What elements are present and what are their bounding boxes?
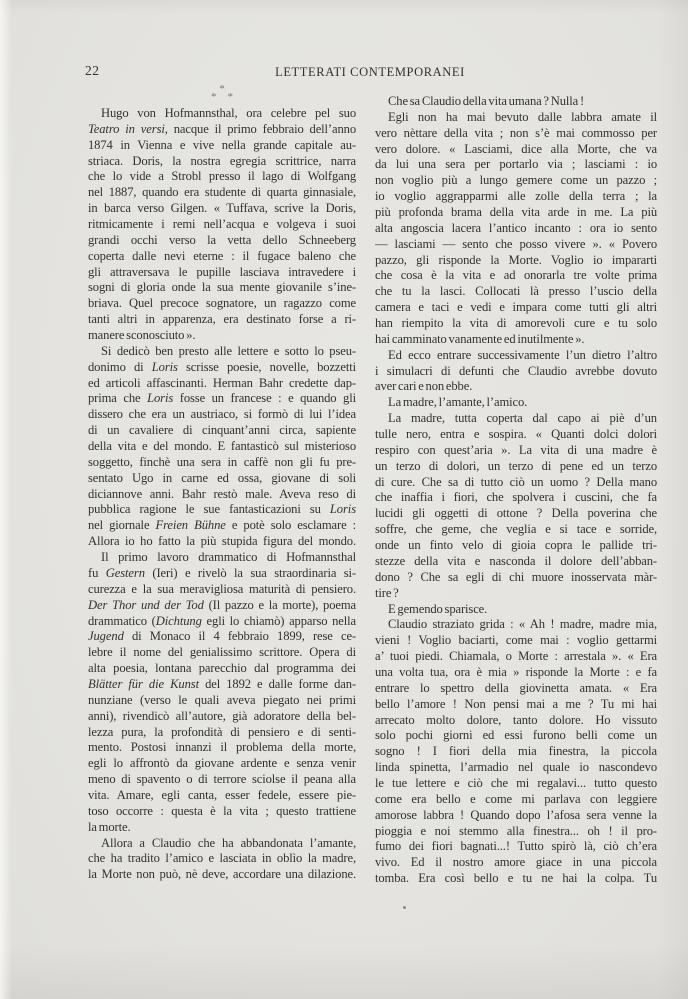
text-line: Jugend di Monaco il 4 febbraio 1899, res… [88, 629, 356, 645]
text-line: che tu la lasci. Collocati là presso l’u… [375, 284, 657, 300]
text-line: io voglio aggrapparmi alle zolle della t… [375, 189, 657, 205]
text-line: vita. Amare, egli canta, esser fedele, e… [88, 788, 356, 804]
text-line: toso occorre : questa è la vita ; questo… [88, 804, 356, 820]
text-line: come era bello e come mi parlava con leg… [375, 792, 657, 808]
text-line: sogni di gloria onde la sua mente giovan… [88, 280, 356, 296]
text-line: di cure. Che sa di tutto ciò un uomo ? D… [375, 475, 657, 491]
asterism-bottom: * * [88, 93, 356, 101]
asterism-divider-icon: * * * [88, 85, 356, 101]
text-line: fumo dei fiori bagnati...! Tutto spirò l… [375, 839, 657, 855]
text-line: soggetto, finchè una sera in caffè non g… [88, 455, 356, 471]
text-line: linda spinetta, l’armadio nel quale io n… [375, 760, 657, 776]
text-line: Der Thor und der Tod (Il pazzo e la mort… [88, 598, 356, 614]
text-line: i simulacri di defunti che Claudio avreb… [375, 364, 657, 380]
text-line: da lui una sera per portarlo via ; lasci… [375, 157, 657, 173]
text-line: lezza pura, la profondità di pensiero e … [88, 725, 356, 741]
text-line: drammatico (Dichtung egli lo chiamò) app… [88, 614, 356, 630]
text-line: tanti altri in apparenza, era destinato … [88, 312, 356, 328]
text-line: alta angoscia lacera l’antico incanto : … [375, 221, 657, 237]
text-line: 1874 in Vienna e vive nella grande capit… [88, 138, 356, 154]
text-line: di un cavaliere di cinquant’anni circa, … [88, 423, 356, 439]
text-line: Teatro in versi, nacque il primo febbrai… [88, 122, 356, 138]
text-line: che ha tradito l’amico e lasciata in obl… [88, 851, 356, 867]
text-line: solo pochi giorni ed essi furono belli c… [375, 728, 657, 744]
text-line: — lasciami — sento che posso vivere ». «… [375, 237, 657, 253]
text-line: che lo vide a Strobl presso il lago di W… [88, 169, 356, 185]
text-line: amorose labbra ! Quando dopo l’afosa ser… [375, 808, 657, 824]
text-line: la morte. [88, 820, 356, 836]
page-number: 22 [85, 64, 100, 78]
text-line: pazzo, gli risponde la Morte. Voglio io … [375, 253, 657, 269]
text-line: che cosa è la vita e ad onorarla tre vol… [375, 268, 657, 284]
text-line: della vita e del mondo. E fantasticò sul… [88, 439, 356, 455]
text-line: nel 1887, quando era studente di quarta … [88, 185, 356, 201]
text-line: pubblica ragione le sue fantasticazioni … [88, 502, 356, 518]
text-column-right: Che sa Claudio della vita umana ? Nulla … [375, 94, 657, 887]
text-line: sentato Ugo in carne ed ossa, giovane di… [88, 471, 356, 487]
text-line: più profonda brama della vita arde in me… [375, 205, 657, 221]
text-line: curezza e la sua meravigliosa maturità d… [88, 582, 356, 598]
text-line: alta poesia, lontana parecchio dal progr… [88, 661, 356, 677]
text-line: Che sa Claudio della vita umana ? Nulla … [375, 94, 657, 110]
text-line: le tue lettere e ciò che mi regalavi... … [375, 776, 657, 792]
text-line: tulle nero, entra e sospira. « Quanti do… [375, 427, 657, 443]
text-line: gli attraversava le pupille lasciava int… [88, 265, 356, 281]
text-line: donimo di Loris scrisse poesie, novelle,… [88, 360, 356, 376]
text-line: nunziane (verso le quali aveva piegato n… [88, 693, 356, 709]
text-line: Si dedicò ben presto alle lettere e sott… [88, 344, 356, 360]
text-line: che inaffia i fiori, che spolvera i cusc… [375, 490, 657, 506]
text-line: vieni ! Voglio baciarti, come mai : vogl… [375, 633, 657, 649]
text-line: Ed ecco entrare successivamente l’un die… [375, 348, 657, 364]
text-line: Claudio straziato grida : « Ah ! madre, … [375, 617, 657, 633]
text-line: hai camminato vanamente ed inutilmente »… [375, 332, 657, 348]
text-line: onde un finto velo di gioia copra le pal… [375, 538, 657, 554]
scan-speck [403, 906, 406, 909]
text-line: tire ? [375, 586, 657, 602]
text-line: camera e taci e vedi e impara come tutti… [375, 300, 657, 316]
text-line: bello l’amore ! Non pensi mai a me ? Tu … [375, 697, 657, 713]
book-page: 22 LETTERATI CONTEMPORANEI * * * Hugo vo… [0, 0, 688, 999]
text-line: Allora a Claudio che ha abbandonata l’am… [88, 836, 356, 852]
text-line: lucidi gli oggetti di ottone ? Della pov… [375, 506, 657, 522]
text-line: striaca. Doris, la nostra egregia scritt… [88, 154, 356, 170]
text-line: tomba. Era così bello e tu ne hai la col… [375, 871, 657, 887]
text-line: stezze della vita e nasconda il dolore d… [375, 554, 657, 570]
text-column-left: Hugo von Hofmannsthal, ora celebre pel s… [88, 106, 356, 883]
text-line: ritmicamente i remi nell’acqua e volgeva… [88, 217, 356, 233]
text-line: soffre, che geme, che veglia e si tace e… [375, 522, 657, 538]
text-line: pioggia e noi stemmo alla finestra... oh… [375, 824, 657, 840]
text-line: coperta dalle nevi eterne : il fugace ba… [88, 249, 356, 265]
text-line: lebre il nome del genialissimo scrittore… [88, 645, 356, 661]
text-line: grandi occhi verso la vetta dello Schnee… [88, 233, 356, 249]
text-line: dono ? Che sa egli di chi muore inosserv… [375, 570, 657, 586]
text-line: a’ tuoi piedi. Chiamala, o Morte : arres… [375, 649, 657, 665]
text-line: Allora io ho fatto la più stupida figura… [88, 534, 356, 550]
text-line: E gemendo sparisce. [375, 602, 657, 618]
text-line: meno di spavento o di terrore sciolse il… [88, 772, 356, 788]
text-line: manere sconosciuto ». [88, 328, 356, 344]
text-line: vero dolore. « Lasciami, dice alla Morte… [375, 142, 657, 158]
text-line: Il primo lavoro drammatico di Hofmannsth… [88, 550, 356, 566]
text-line: egli lo affrontò da giovane ardente e se… [88, 756, 356, 772]
text-line: sogno ! I fiori della mia finestra, la p… [375, 744, 657, 760]
text-line: La madre, tutta coperta dal capo ai piè … [375, 411, 657, 427]
text-line: briava. Quel precoce sognatore, un ragaz… [88, 296, 356, 312]
text-line: non voglio più a lungo gemere come un pa… [375, 173, 657, 189]
text-line: vivo. Ed il nostro amore giace in una pi… [375, 855, 657, 871]
running-head: LETTERATI CONTEMPORANEI [275, 65, 465, 79]
text-line: han riempito la vita di amorevoli cure e… [375, 316, 657, 332]
text-line: prima che Loris fosse un francese : e qu… [88, 391, 356, 407]
text-line: respiro con quest’aria ». La vita di una… [375, 443, 657, 459]
text-line: nel giornale Freien Bühne e potè solo es… [88, 518, 356, 534]
text-line: fu Gestern (Ieri) e rivelò la sua straor… [88, 566, 356, 582]
text-line: La madre, l’amante, l’amico. [375, 395, 657, 411]
text-line: una volta tua, ora è mia » risponde la M… [375, 665, 657, 681]
text-line: dissero che era un austriaco, si formò d… [88, 407, 356, 423]
text-line: Hugo von Hofmannsthal, ora celebre pel s… [88, 106, 356, 122]
text-line: in barca verso Gilgen. « Tuffava, scrive… [88, 201, 356, 217]
text-line: diciannove anni. Bahr restò male. Aveva … [88, 487, 356, 503]
text-line: mento. Postosi innanzi il problema della… [88, 740, 356, 756]
text-line: arrecato molto dolore, tanto dolore. Ho … [375, 713, 657, 729]
text-line: anni), rivendicò all’autore, già adorato… [88, 709, 356, 725]
text-line: Egli non ha mai bevuto dalle labbra amat… [375, 110, 657, 126]
text-line: Blätter für die Kunst del 1892 e dalle f… [88, 677, 356, 693]
text-line: vero nèttare della vita ; non s’è mai co… [375, 126, 657, 142]
text-line: la Morte non può, nè deve, accordare una… [88, 867, 356, 883]
text-line: aver cari e non ebbe. [375, 379, 657, 395]
text-line: un terzo di dolori, un terzo di pene ed … [375, 459, 657, 475]
text-line: ed articoli affascinanti. Herman Bahr cr… [88, 376, 356, 392]
text-line: entrare lo spettro della giovinetta amat… [375, 681, 657, 697]
